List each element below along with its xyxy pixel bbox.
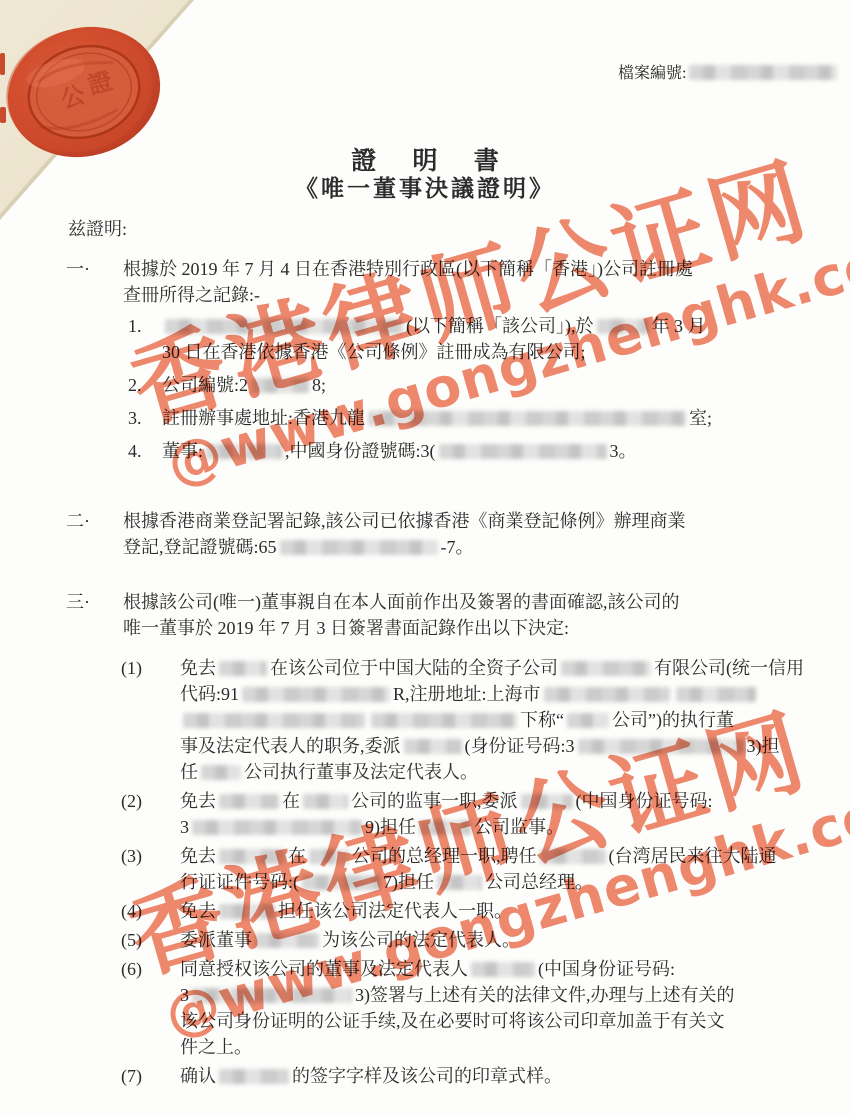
item-label: 1. [128, 313, 142, 339]
text-run: 3 [180, 817, 189, 837]
resolution-5: (5)委派董事为该公司的法定代表人。 [0, 927, 850, 953]
redaction-box [471, 962, 535, 977]
redaction-box [251, 378, 309, 393]
text-run: 有限公司(统一信用 [654, 658, 804, 678]
body-line: 查冊所得之記錄:- [123, 282, 850, 308]
text-run: 註冊辦事處地址:香港九龍 [162, 408, 365, 428]
text-run: 担任该公司法定代表人一职。 [278, 901, 512, 921]
body-line: 委派董事为该公司的法定代表人。 [180, 927, 850, 953]
resolution-3: (3)免去在公司的总经理一职,聘任(台湾居民来往大陆通行证证件号码:(7)担任公… [0, 843, 850, 895]
redaction-box [561, 661, 651, 676]
text-run: 代码:91 [180, 684, 239, 704]
text-run: 唯一董事於 2019 年 7 月 3 日簽署書面記錄作出以下決定: [123, 618, 569, 638]
text-run: 董事: [162, 441, 203, 461]
body-line: 任公司执行董事及法定代表人。 [180, 759, 850, 785]
text-run: 公司的总经理一职,聘任 [352, 846, 537, 866]
text-run: 根據香港商業登記署記錄,該公司已依據香港《商業登記條例》辦理商業 [123, 511, 686, 531]
text-run: 30 日在香港依據香港《公司條例》註冊成為有限公司; [162, 342, 586, 362]
body-line: 公司編號:28; [162, 372, 850, 398]
resolution-4: (4)免去担任该公司法定代表人一职。 [0, 898, 850, 924]
text-run: 公司編號:2 [162, 375, 248, 395]
page-root: { "colors": { "paper": "#fdfdfb", "ink":… [0, 0, 850, 1116]
text-run: 根據於 2019 年 7 月 4 日在香港特別行政區(以下簡稱「香港」)公司註冊… [123, 259, 693, 279]
text-run: 免去 [180, 846, 216, 866]
resolution-6: (6)同意授权该公司的董事及法定代表人(中国身份证号码:33)签署与上述有关的法… [0, 956, 850, 1060]
text-run: 3)签署与上述有关的法律文件,办理与上述有关的 [355, 985, 735, 1005]
text-run: -7。 [441, 537, 474, 557]
redaction-box [192, 988, 352, 1003]
redaction-box [540, 849, 606, 864]
redaction-box [404, 739, 462, 754]
redaction-box [280, 540, 438, 555]
item-label: (5) [121, 927, 142, 953]
item-label: 4. [128, 438, 142, 464]
item-label: (4) [121, 898, 142, 924]
text-run: 3。 [610, 441, 637, 461]
body-line: 行证证件号码:(7)担任公司总经理。 [180, 869, 850, 895]
section-2: 二·根據香港商業登記署記錄,該公司已依據香港《商業登記條例》辦理商業登記,登記證… [0, 508, 850, 560]
item-label: (1) [121, 655, 142, 681]
text-run: R,注册地址:上海市 [393, 684, 541, 704]
redaction-box [578, 739, 744, 754]
body-line: 免去担任该公司法定代表人一职。 [180, 898, 850, 924]
body-line: 董事:,中國身份證號碼:3(3。 [162, 438, 850, 464]
text-run: (身份证号码:3 [465, 736, 575, 756]
resolution-2: (2)免去在公司的监事一职,委派(中国身份证号码:39)担任公司监事。 [0, 788, 850, 840]
redaction-box [521, 794, 573, 809]
intro-paragraph: 兹證明: [0, 216, 850, 242]
body-line: 39)担任公司监事。 [180, 814, 850, 840]
redaction-box [201, 765, 241, 780]
text-run: 下称“ [520, 710, 564, 730]
text-run: 事及法定代表人的职务,委派 [180, 736, 401, 756]
redaction-box [206, 444, 282, 459]
body-line: 免去在公司的总经理一职,聘任(台湾居民来往大陆通 [180, 843, 850, 869]
redaction-box [219, 794, 279, 809]
body-line: 註冊辦事處地址:香港九龍室; [162, 405, 850, 431]
text-run: 该公司身份证明的公证手续,及在必要时可将该公司印章加盖于有关文 [180, 1011, 725, 1031]
redaction-box [309, 849, 349, 864]
file-number-label: 檔案編號: [618, 65, 686, 82]
redaction-box [303, 794, 348, 809]
text-run: 公司总经理。 [485, 872, 593, 892]
redaction-box [242, 687, 390, 702]
text-run: 免去 [180, 658, 216, 678]
text-run: 在 [282, 791, 300, 811]
text-run: 兹證明: [68, 219, 127, 239]
text-run: (中国身份证号码: [538, 959, 675, 979]
text-run: 登記,登記證號碼:65 [123, 537, 277, 557]
body-line: 根據該公司(唯一)董事親自在本人面前作出及簽署的書面確認,該公司的 [123, 589, 850, 615]
section-1: 一·根據於 2019 年 7 月 4 日在香港特別行政區(以下簡稱「香港」)公司… [0, 256, 850, 308]
body-line: 根據於 2019 年 7 月 4 日在香港特別行政區(以下簡稱「香港」)公司註冊… [123, 256, 850, 282]
text-run: 公司执行董事及法定代表人。 [244, 762, 478, 782]
text-run: 行证证件号码:( [180, 872, 299, 892]
text-run: 在该公司位于中国大陆的全资子公司 [270, 658, 558, 678]
text-run: 在 [288, 846, 306, 866]
body-line: 件之上。 [180, 1034, 850, 1060]
body-line: 33)签署与上述有关的法律文件,办理与上述有关的 [180, 982, 850, 1008]
resolution-7: (7)确认的签字字样及该公司的印章式样。 [0, 1063, 850, 1089]
item-label: 三· [66, 589, 90, 615]
text-run: (以下簡稱「該公司」),於 [406, 316, 594, 336]
text-run: ,中國身份證號碼:3( [285, 441, 436, 461]
body-line: 唯一董事於 2019 年 7 月 3 日簽署書面記錄作出以下決定: [123, 615, 850, 641]
text-run: 免去 [180, 791, 216, 811]
redaction-box [255, 933, 319, 948]
redaction-box [439, 444, 607, 459]
item-label: 3. [128, 405, 142, 431]
body-line: 根據香港商業登記署記錄,該公司已依據香港《商業登記條例》辦理商業 [123, 508, 850, 534]
redaction-box [219, 661, 267, 676]
text-run: 8; [312, 375, 326, 395]
text-run: 的签字字样及该公司的印章式样。 [292, 1066, 562, 1086]
body-line: 免去在该公司位于中国大陆的全资子公司有限公司(统一信用 [180, 655, 850, 681]
item-label: 二· [66, 508, 90, 534]
item-label: (3) [121, 843, 142, 869]
body-line: (以下簡稱「該公司」),於年 3 月 [162, 313, 850, 339]
text-run: 为该公司的法定代表人。 [322, 930, 520, 950]
text-run: 9)担任 [365, 817, 416, 837]
item-1: 1.(以下簡稱「該公司」),於年 3 月30 日在香港依據香港《公司條例》註冊成… [0, 313, 850, 365]
text-run: 委派董事 [180, 930, 252, 950]
item-2: 2.公司編號:28; [0, 372, 850, 398]
text-run: 查冊所得之記錄:- [123, 285, 260, 305]
body-line: 免去在公司的监事一职,委派(中国身份证号码: [180, 788, 850, 814]
document-body: 兹證明:一·根據於 2019 年 7 月 4 日在香港特別行政區(以下簡稱「香港… [0, 216, 850, 1089]
redaction-box [192, 820, 362, 835]
text-run: 7)担任 [383, 872, 434, 892]
item-label: 一· [66, 256, 90, 282]
body-line: 下称“公司”)的执行董 [180, 707, 850, 733]
item-label: (2) [121, 788, 142, 814]
redaction-box [419, 820, 471, 835]
body-line: 代码:91R,注册地址:上海市 [180, 681, 850, 707]
text-run: 年 3 月 [652, 316, 706, 336]
item-label: 2. [128, 372, 142, 398]
redaction-box [368, 411, 686, 426]
text-run: 根據該公司(唯一)董事親自在本人面前作出及簽署的書面確認,該公司的 [123, 592, 680, 612]
body-line: 登記,登記證號碼:65-7。 [123, 534, 850, 560]
file-number-line: 檔案編號: [618, 60, 840, 83]
item-label: (7) [121, 1063, 142, 1089]
text-run: 公司监事。 [474, 817, 564, 837]
redaction-box [544, 687, 670, 702]
text-run: 同意授权该公司的董事及法定代表人 [180, 959, 468, 979]
redaction-box [302, 875, 380, 890]
redaction-box [597, 319, 649, 334]
text-run: 公司的监事一职,委派 [351, 791, 518, 811]
text-run: (台湾居民来往大陆通 [609, 846, 777, 866]
text-run: 室; [689, 408, 712, 428]
text-run: 任 [180, 762, 198, 782]
item-3: 3.註冊辦事處地址:香港九龍室; [0, 405, 850, 431]
redaction-box [183, 713, 365, 728]
body-line: 兹證明: [68, 216, 850, 242]
resolution-1: (1)免去在该公司位于中国大陆的全资子公司有限公司(统一信用代码:91R,注册地… [0, 655, 850, 785]
redaction-box [219, 1069, 289, 1084]
file-number-redaction [689, 65, 837, 80]
redaction-box [371, 713, 517, 728]
redaction-box [676, 687, 756, 702]
text-run: 3)担 [747, 736, 780, 756]
doc-subtitle: 《唯一董事決議證明》 [0, 170, 850, 203]
redaction-box [165, 319, 403, 334]
item-label: (6) [121, 956, 142, 982]
body-line: 30 日在香港依據香港《公司條例》註冊成為有限公司; [162, 339, 850, 365]
redaction-box [437, 875, 482, 890]
text-run: (中国身份证号码: [576, 791, 713, 811]
text-run: 免去 [180, 901, 216, 921]
text-run: 公司”)的执行董 [612, 710, 734, 730]
item-4: 4.董事:,中國身份證號碼:3(3。 [0, 438, 850, 464]
body-line: 同意授权该公司的董事及法定代表人(中国身份证号码: [180, 956, 850, 982]
text-run: 确认 [180, 1066, 216, 1086]
text-run: 件之上。 [180, 1037, 252, 1057]
redaction-box [219, 904, 275, 919]
body-line: 该公司身份证明的公证手续,及在必要时可将该公司印章加盖于有关文 [180, 1008, 850, 1034]
redaction-box [219, 849, 285, 864]
body-line: 事及法定代表人的职务,委派(身份证号码:33)担 [180, 733, 850, 759]
redaction-box [567, 713, 609, 728]
section-3: 三·根據該公司(唯一)董事親自在本人面前作出及簽署的書面確認,該公司的唯一董事於… [0, 589, 850, 641]
body-line: 确认的签字字样及该公司的印章式样。 [180, 1063, 850, 1089]
text-run: 3 [180, 985, 189, 1005]
